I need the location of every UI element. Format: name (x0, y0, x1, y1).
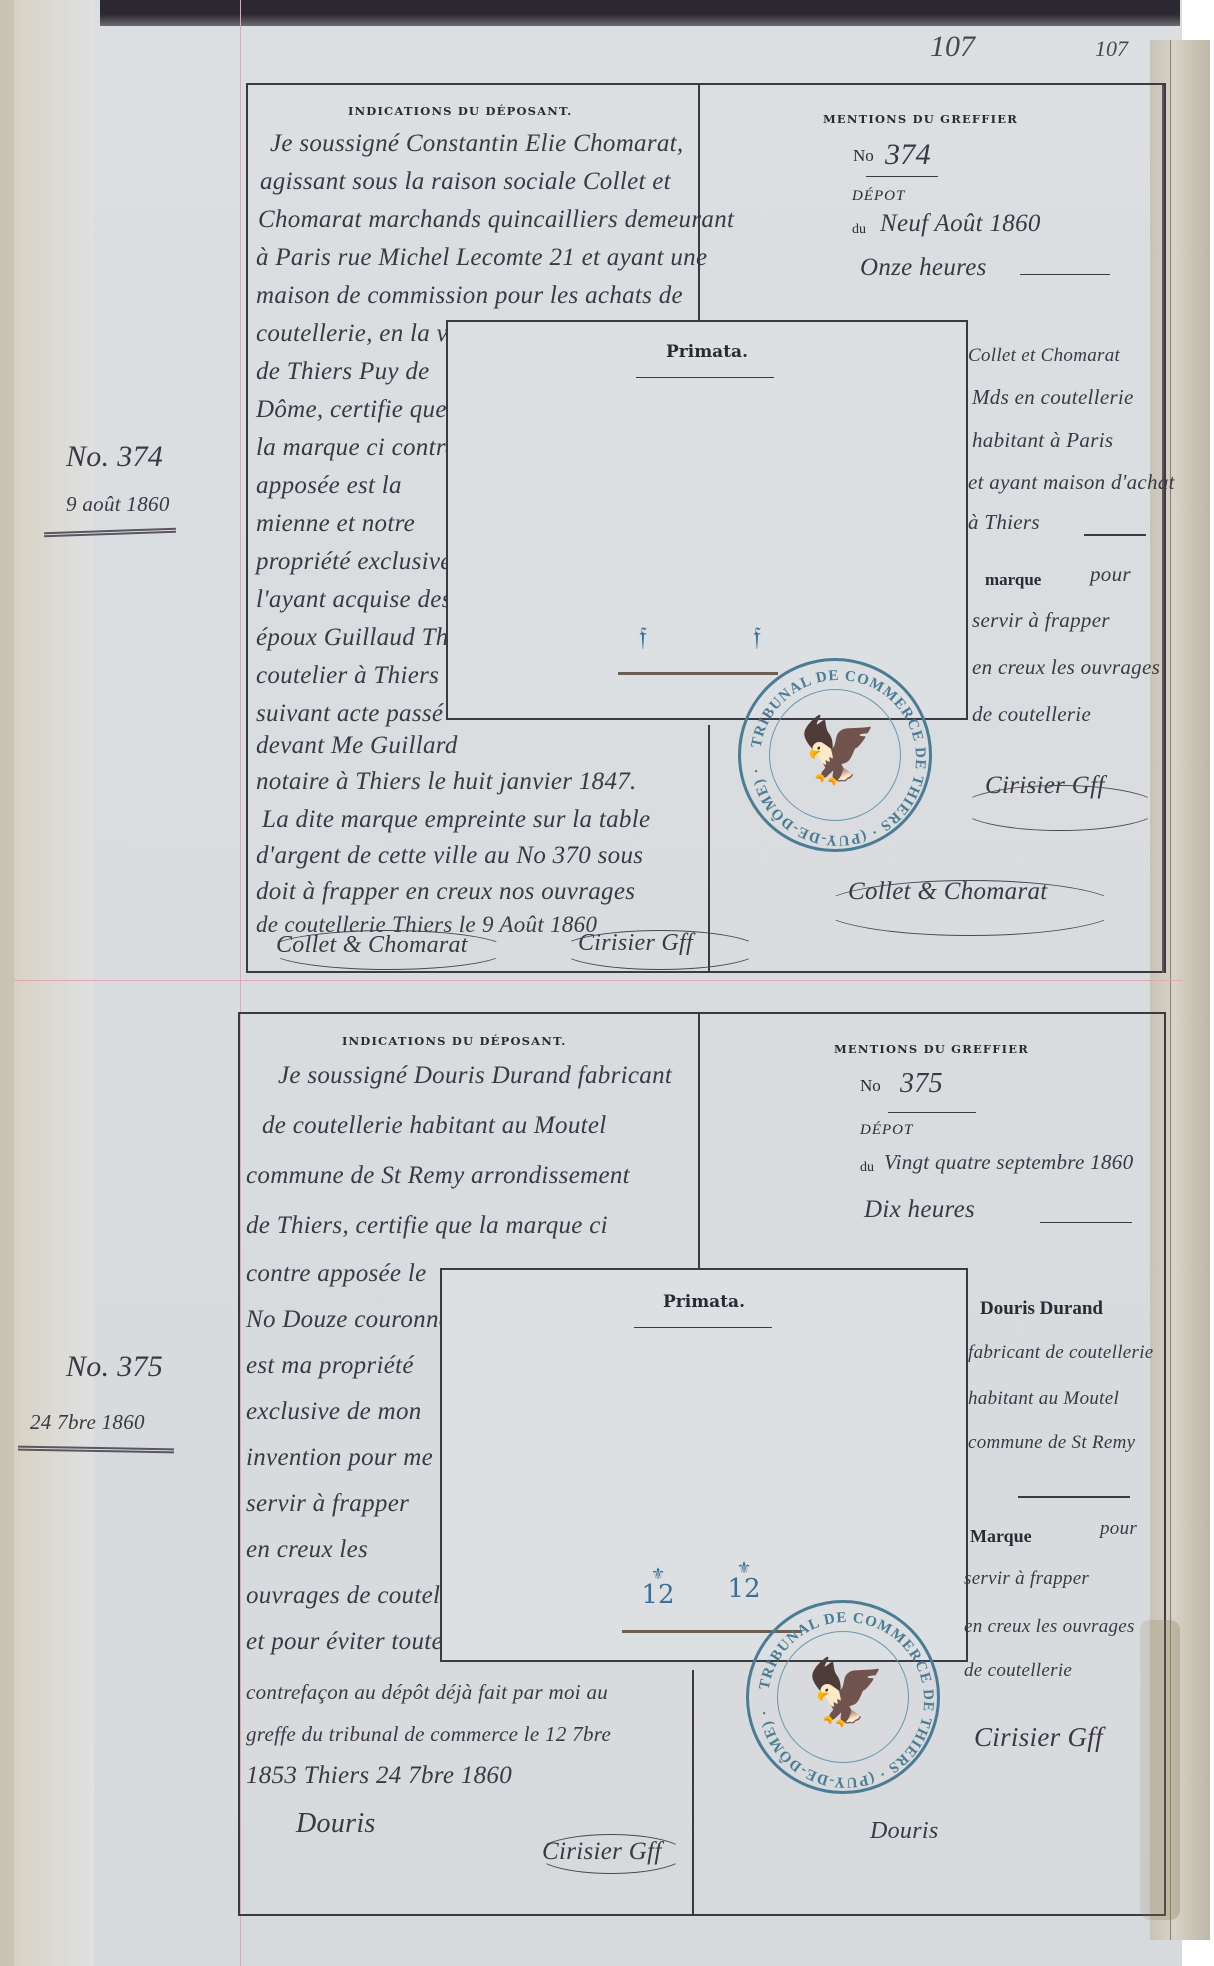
deposant-line: à Paris rue Michel Lecomte 21 et ayant u… (256, 244, 707, 272)
depot-label: DÉPOT (860, 1122, 913, 1139)
signature-flourish (536, 1834, 686, 1874)
owner-underline (1084, 534, 1146, 536)
deposant-line: mienne et notre (256, 510, 415, 538)
deposant-line: agissant sous la raison sociale Collet e… (260, 168, 671, 196)
deposant-line: invention pour me (246, 1444, 433, 1472)
deposit-time: Onze heures (860, 254, 987, 282)
punch-mark-icon: 𝔣 (628, 624, 658, 650)
marque-title: Primata. (448, 342, 966, 362)
du-label: du (860, 1160, 874, 1176)
imperial-eagle-icon: 🦅 (789, 719, 887, 783)
signature-flourish (560, 930, 760, 970)
deposant-line: No Douze couronné (246, 1306, 450, 1334)
signature-flourish (820, 880, 1120, 936)
marque-line: de coutellerie (972, 702, 1091, 727)
column-divider-lower (692, 1670, 694, 1916)
deposant-line: de Thiers, certifie que la marque ci (246, 1212, 608, 1240)
time-underline (1040, 1222, 1132, 1223)
top-edge-shadow (100, 0, 1180, 26)
owner-line: habitant à Paris (972, 428, 1113, 453)
deposant-line: devant Me Guillard (256, 732, 458, 760)
folio-number-underlying: 107 (1095, 36, 1128, 62)
deposant-line: Je soussigné Douris Durand fabricant (278, 1062, 672, 1090)
deposit-number: 374 (885, 138, 931, 172)
owner-line: commune de St Remy (968, 1432, 1135, 1454)
deposant-header: Indications du déposant. (348, 104, 573, 118)
signature-flourish (268, 930, 508, 970)
deposant-line: d'argent de cette ville au No 370 sous (256, 842, 643, 870)
marque-line: de coutellerie (964, 1660, 1072, 1682)
register-date: 9 août 1860 (66, 492, 170, 517)
entry-separator-rule (14, 980, 1182, 981)
marque-line: en creux les ouvrages (972, 655, 1160, 680)
deposant-line: coutelier à Thiers (256, 662, 439, 690)
deposant-line: la marque ci contre (256, 434, 456, 462)
deposant-line: en creux les (246, 1536, 368, 1564)
deposant-line: suivant acte passé (256, 700, 443, 728)
greffier-signature: Cirisier Gff (974, 1722, 1103, 1753)
number-label: No (853, 146, 874, 166)
deposant-line: contrefaçon au dépôt déjà fait par moi a… (246, 1680, 608, 1705)
depot-label: DÉPOT (852, 188, 905, 205)
deposit-date: Vingt quatre septembre 1860 (884, 1150, 1133, 1175)
deposant-line: greffe du tribunal de commerce le 12 7br… (246, 1722, 611, 1747)
marque-line: servir à frapper (972, 608, 1110, 633)
owner-line: Mds en coutellerie (972, 385, 1134, 410)
tribunal-seal: TRIBUNAL DE COMMERCE DE THIERS · (PUY-DE… (738, 658, 932, 852)
register-date: 24 7bre 1860 (30, 1410, 145, 1435)
du-label: du (852, 222, 866, 238)
owner-signature: Douris (870, 1818, 938, 1845)
deposant-line: maison de commission pour les achats de (256, 282, 683, 310)
owner-line: habitant au Moutel (968, 1388, 1119, 1410)
column-divider (698, 1014, 700, 1278)
number-label: No (860, 1076, 881, 1096)
document-photo: 107 107 No. 374 9 août 1860 Indications … (0, 0, 1214, 1966)
deposant-signature: Douris (296, 1808, 376, 1840)
deposant-line: est ma propriété (246, 1352, 414, 1380)
deposant-line: l'ayant acquise des (256, 586, 452, 614)
imperial-eagle-icon: 🦅 (797, 1661, 895, 1725)
greffier-header: Mentions du greffier (834, 1042, 1029, 1056)
deposant-line: de coutellerie habitant au Moutel (262, 1112, 607, 1140)
deposant-line: La dite marque empreinte sur la table (262, 806, 650, 834)
deposant-line: exclusive de mon (246, 1398, 422, 1426)
deposant-line: commune de St Remy arrondissement (246, 1162, 630, 1190)
deposant-line: Dôme, certifie que (256, 396, 447, 424)
right-border (1162, 85, 1164, 973)
deposant-header: Indications du déposant. (342, 1034, 567, 1048)
table-backdrop (0, 0, 14, 1966)
deposit-date: Neuf Août 1860 (880, 210, 1041, 238)
owner-line: à Thiers (968, 510, 1040, 535)
signature-flourish (960, 785, 1160, 831)
deposant-line: apposée est la (256, 472, 402, 500)
number-underline (866, 176, 938, 177)
deposant-line: Chomarat marchands quincailliers demeura… (258, 206, 734, 234)
tribunal-seal: TRIBUNAL DE COMMERCE DE THIERS · (PUY-DE… (746, 1600, 940, 1794)
marque-label: marque (985, 570, 1041, 590)
crowned-12-mark-icon: ⚜ 12 (724, 1560, 764, 1602)
deposit-time: Dix heures (864, 1196, 975, 1224)
marque-label: Marque (970, 1526, 1032, 1547)
title-underline (636, 377, 774, 378)
owner-underline (1018, 1496, 1130, 1498)
owner-line: fabricant de coutellerie (968, 1342, 1154, 1364)
time-underline (1020, 274, 1110, 275)
owner-name: Douris Durand (980, 1298, 1103, 1320)
mark-number: 12 (724, 1576, 764, 1602)
deposant-line: contre apposée le (246, 1260, 427, 1288)
marque-line: pour (1090, 562, 1131, 587)
folio-number: 107 (930, 30, 975, 64)
owner-name: Collet et Chomarat (968, 345, 1120, 367)
crowned-12-mark-icon: ⚜ 12 (638, 1566, 678, 1608)
marque-box-374: Primata. 𝔣 𝔣 (446, 320, 968, 720)
water-stain (1140, 1620, 1180, 1920)
deposant-line: 1853 Thiers 24 7bre 1860 (246, 1762, 512, 1790)
title-underline (634, 1327, 772, 1328)
mark-number: 12 (638, 1582, 678, 1608)
deposant-line: propriété exclusive (256, 548, 452, 576)
deposant-line: notaire à Thiers le huit janvier 1847. (256, 768, 637, 796)
marque-line: servir à frapper (964, 1568, 1089, 1590)
page-spine-shadow (14, 0, 94, 1966)
deposant-line: Je soussigné Constantin Elie Chomarat, (270, 130, 683, 158)
marque-line: en creux les ouvrages (964, 1616, 1135, 1638)
deposant-line: doit à frapper en creux nos ouvrages (256, 878, 635, 906)
deposit-number: 375 (900, 1068, 943, 1100)
marque-line: pour (1100, 1518, 1137, 1540)
register-number: No. 374 (66, 440, 163, 474)
register-number: No. 375 (66, 1350, 163, 1384)
deposant-line: et pour éviter toute (246, 1628, 443, 1656)
number-underline (888, 1112, 976, 1113)
deposant-line: de Thiers Puy de (256, 358, 430, 386)
marque-title: Primata. (442, 1292, 966, 1312)
deposant-line: servir à frapper (246, 1490, 409, 1518)
greffier-header: Mentions du greffier (823, 112, 1018, 126)
owner-line: et ayant maison d'achat (968, 470, 1175, 495)
punch-mark-icon: 𝔣 (742, 624, 772, 650)
